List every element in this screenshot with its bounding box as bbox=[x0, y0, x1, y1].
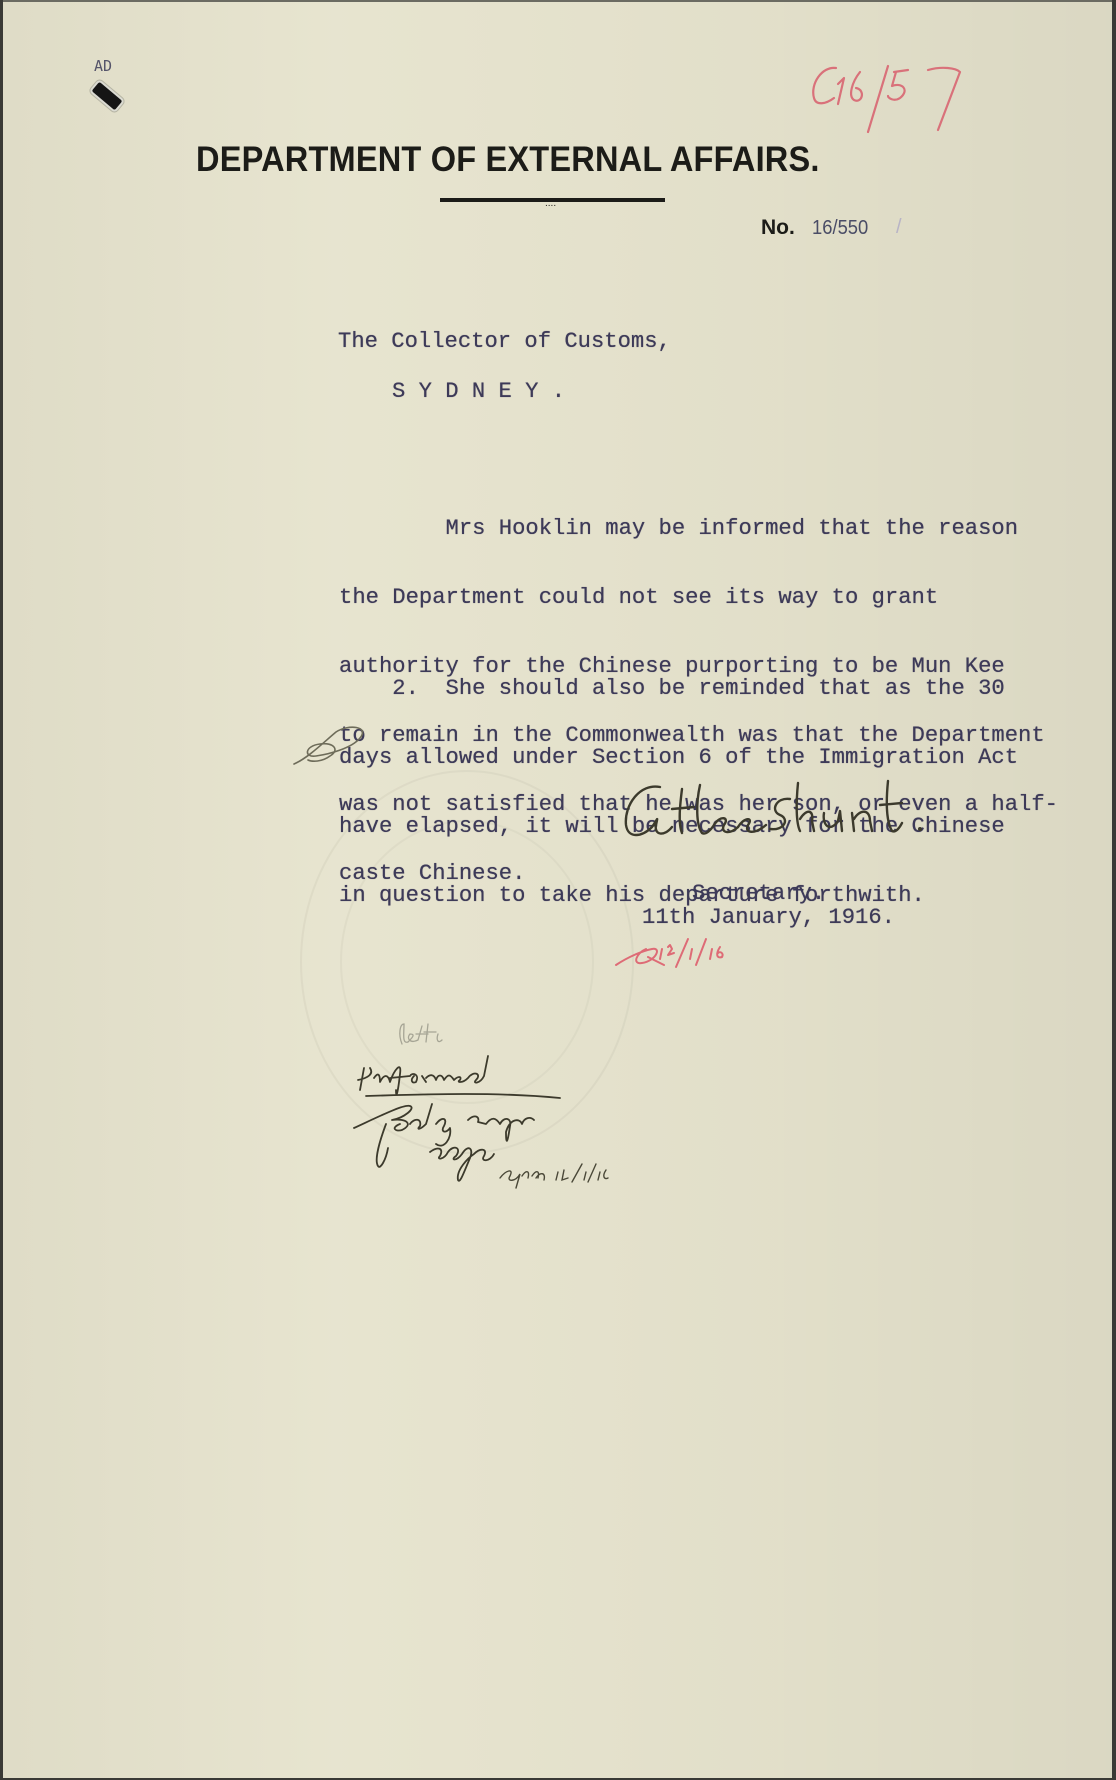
marginal-initial: B bbox=[290, 722, 370, 772]
rule-ornament: .... bbox=[545, 198, 556, 209]
addressee-city: S Y D N E Y . bbox=[392, 380, 565, 403]
handwritten-notes: Informed bbox=[350, 1020, 730, 1190]
body-line: the Department could not see its way to … bbox=[339, 586, 1058, 609]
addressee-line: The Collector of Customs, bbox=[338, 330, 671, 353]
body-line: 2. She should also be reminded that as t… bbox=[339, 677, 1018, 700]
reference-label: No. bbox=[761, 216, 795, 240]
reference-tick-mark: / bbox=[896, 216, 902, 239]
signatory-title: Secretary. bbox=[692, 882, 825, 905]
hole-punch-icon bbox=[92, 82, 123, 110]
signature: Atlee Hunt. bbox=[620, 775, 960, 850]
red-file-reference: C16/57 bbox=[808, 60, 988, 140]
body-line: Mrs Hooklin may be informed that the rea… bbox=[339, 517, 1058, 540]
stamp-initials: AD bbox=[94, 57, 112, 75]
reference-number: 16/550 bbox=[812, 217, 868, 240]
department-title: DEPARTMENT OF EXTERNAL AFFAIRS. bbox=[196, 140, 820, 180]
body-line: days allowed under Section 6 of the Immi… bbox=[339, 746, 1018, 769]
letter-page: AD C16/57 DEPARTMENT OF EXTERNAL AFFAIRS… bbox=[0, 0, 1116, 1780]
received-annotation: R 13/1/16 bbox=[612, 935, 772, 975]
letter-date: 11th January, 1916. bbox=[642, 906, 895, 929]
body-line: in question to take his departure forthw… bbox=[339, 884, 1018, 907]
